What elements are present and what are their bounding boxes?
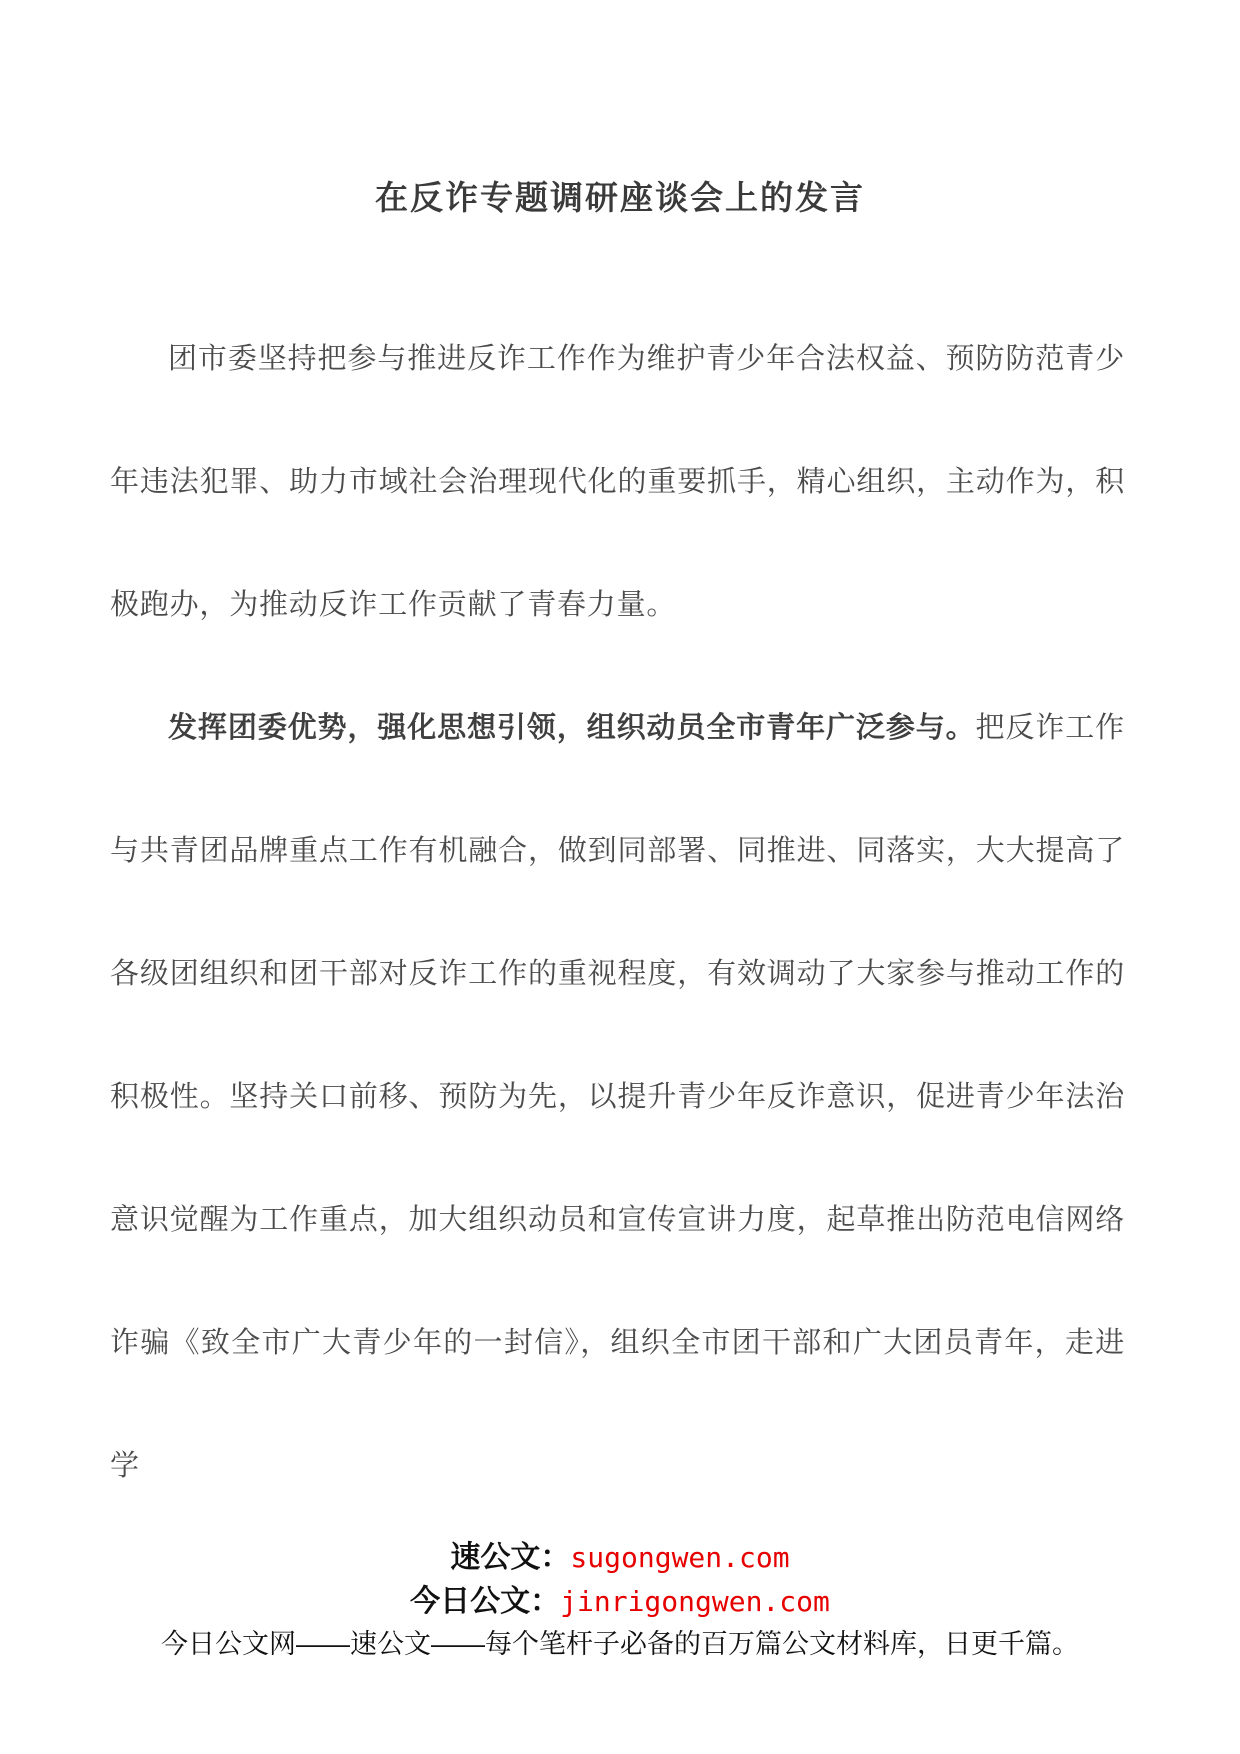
paragraph-2-lead-bold: 发挥团委优势，强化思想引领，组织动员全市青年广泛参与。 <box>168 712 976 744</box>
paragraph-1-text: 团市委坚持把参与推进反诈工作作为维护青少年合法权益、预防防范青少年违法犯罪、助力… <box>110 343 1125 621</box>
footer-site-1: 速公文：sugongwen.com <box>0 1536 1240 1580</box>
paragraph-2-text: 把反诈工作与共青团品牌重点工作有机融合，做到同部署、同推进、同落实，大大提高了各… <box>110 712 1125 1482</box>
paragraph-2: 发挥团委优势，强化思想引领，组织动员全市青年广泛参与。把反诈工作与共青团品牌重点… <box>110 667 1125 1528</box>
footer-site-1-label: 速公文： <box>450 1541 570 1574</box>
footer-site-1-url-link[interactable]: sugongwen.com <box>570 1541 789 1574</box>
footer-site-2-url-link[interactable]: jinrigongwen.com <box>560 1585 830 1618</box>
document-body: 团市委坚持把参与推进反诈工作作为维护青少年合法权益、预防防范青少年违法犯罪、助力… <box>110 298 1125 1528</box>
footer-site-2-label: 今日公文： <box>410 1585 560 1618</box>
document-title: 在反诈专题调研座谈会上的发言 <box>110 178 1130 220</box>
page-footer: 速公文：sugongwen.com 今日公文：jinrigongwen.com … <box>0 1536 1240 1662</box>
document-page: 在反诈专题调研座谈会上的发言 团市委坚持把参与推进反诈工作作为维护青少年合法权益… <box>0 0 1240 1754</box>
footer-site-2: 今日公文：jinrigongwen.com <box>0 1580 1240 1624</box>
footer-tagline: 今日公文网——速公文——每个笔杆子必备的百万篇公文材料库，日更千篇。 <box>0 1626 1240 1662</box>
paragraph-1: 团市委坚持把参与推进反诈工作作为维护青少年合法权益、预防防范青少年违法犯罪、助力… <box>110 298 1125 667</box>
